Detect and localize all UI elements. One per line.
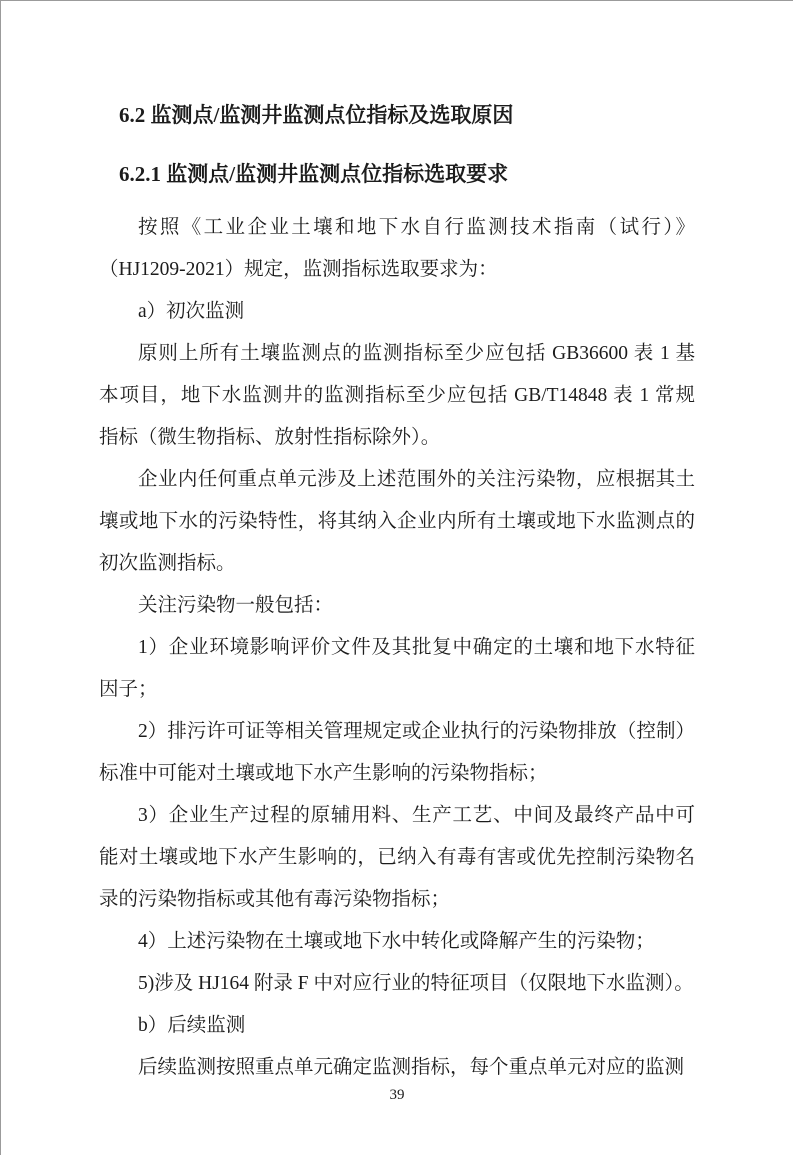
page-content: 6.2 监测点/监测井监测点位指标及选取原因6.2.1 监测点/监测井监测点位指… <box>99 102 695 1089</box>
text-line: 关注污染物一般包括： <box>99 585 695 627</box>
text-line: 本项目，地下水监测井的监测指标至少应包括 GB/T14848 表 1 常规 <box>99 375 695 417</box>
text-line: 6.2 监测点/监测井监测点位指标及选取原因 <box>119 102 695 144</box>
paragraph: 关注污染物一般包括： <box>99 585 695 627</box>
paragraph: 4）上述污染物在土壤或地下水中转化或降解产生的污染物； <box>99 921 695 963</box>
paragraph: 原则上所有土壤监测点的监测指标至少应包括 GB36600 表 1 基本项目，地下… <box>99 333 695 459</box>
text-line: 6.2.1 监测点/监测井监测点位指标选取要求 <box>119 161 695 203</box>
text-line: 壤或地下水的污染特性，将其纳入企业内所有土壤或地下水监测点的 <box>99 501 695 543</box>
text-line: 因子； <box>99 669 695 711</box>
text-line: b）后续监测 <box>99 1005 695 1047</box>
text-line: 指标（微生物指标、放射性指标除外）。 <box>99 417 695 459</box>
text-line: 原则上所有土壤监测点的监测指标至少应包括 GB36600 表 1 基 <box>99 333 695 375</box>
section-heading: 6.2.1 监测点/监测井监测点位指标选取要求 <box>99 161 695 203</box>
text-line: 3）企业生产过程的原辅用料、生产工艺、中间及最终产品中可 <box>99 795 695 837</box>
text-line: 录的污染物指标或其他有毒污染物指标； <box>99 879 695 921</box>
paragraph: 后续监测按照重点单元确定监测指标，每个重点单元对应的监测 <box>99 1047 695 1089</box>
page-number: 39 <box>390 1087 405 1103</box>
paragraph: b）后续监测 <box>99 1005 695 1047</box>
paragraph: 3）企业生产过程的原辅用料、生产工艺、中间及最终产品中可能对土壤或地下水产生影响… <box>99 795 695 921</box>
paragraph: 5)涉及 HJ164 附录 F 中对应行业的特征项目（仅限地下水监测）。 <box>99 963 695 1005</box>
paragraph: a）初次监测 <box>99 291 695 333</box>
section-heading: 6.2 监测点/监测井监测点位指标及选取原因 <box>99 102 695 144</box>
text-line: 标准中可能对土壤或地下水产生影响的污染物指标； <box>99 753 695 795</box>
text-line: a）初次监测 <box>99 291 695 333</box>
text-line: 企业内任何重点单元涉及上述范围外的关注污染物，应根据其土 <box>99 459 695 501</box>
paragraph: 1）企业环境影响评价文件及其批复中确定的土壤和地下水特征因子； <box>99 627 695 711</box>
text-line: （HJ1209-2021）规定，监测指标选取要求为： <box>99 249 695 291</box>
paragraph: 2）排污许可证等相关管理规定或企业执行的污染物排放（控制）标准中可能对土壤或地下… <box>99 711 695 795</box>
text-line: 4）上述污染物在土壤或地下水中转化或降解产生的污染物； <box>99 921 695 963</box>
text-line: 按照《工业企业土壤和地下水自行监测技术指南（试行）》 <box>99 207 695 249</box>
text-line: 5)涉及 HJ164 附录 F 中对应行业的特征项目（仅限地下水监测）。 <box>99 963 695 1005</box>
text-line: 能对土壤或地下水产生影响的，已纳入有毒有害或优先控制污染物名 <box>99 837 695 879</box>
paragraph: 企业内任何重点单元涉及上述范围外的关注污染物，应根据其土壤或地下水的污染特性，将… <box>99 459 695 585</box>
text-line: 后续监测按照重点单元确定监测指标，每个重点单元对应的监测 <box>99 1047 695 1089</box>
text-line: 1）企业环境影响评价文件及其批复中确定的土壤和地下水特征 <box>99 627 695 669</box>
paragraph: 按照《工业企业土壤和地下水自行监测技术指南（试行）》（HJ1209-2021）规… <box>99 207 695 291</box>
document-page: 6.2 监测点/监测井监测点位指标及选取原因6.2.1 监测点/监测井监测点位指… <box>0 0 793 1155</box>
page-footer: 39 <box>1 1085 793 1105</box>
text-line: 初次监测指标。 <box>99 543 695 585</box>
text-line: 2）排污许可证等相关管理规定或企业执行的污染物排放（控制） <box>99 711 695 753</box>
